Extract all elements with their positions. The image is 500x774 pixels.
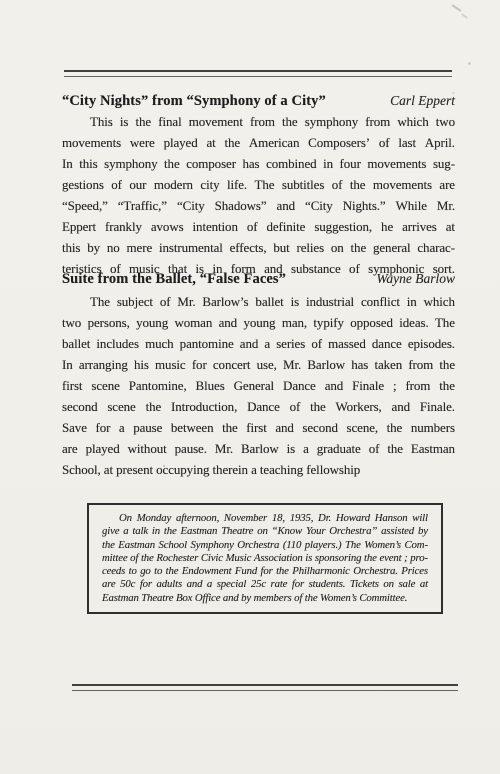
text-line: firstscenePantomine,BluesGeneralDanceand… — [62, 378, 455, 399]
notice-box: OnMondayafternoon,November18,1935,Dr.How… — [87, 503, 443, 614]
text-line: OnMondayafternoon,November18,1935,Dr.How… — [102, 512, 428, 525]
program-page: “City Nights” from “Symphony of a City” … — [0, 0, 500, 774]
double-rule-top — [64, 70, 452, 77]
text-line: ThesubjectofMr.Barlow’sballetisindustria… — [62, 294, 455, 315]
program-note-paragraph: ThesubjectofMr.Barlow’sballetisindustria… — [62, 294, 455, 483]
scan-speckle — [468, 62, 471, 65]
text-line: giveatalkintheEastmanTheatreon“KnowYourO… — [102, 525, 428, 538]
notice-text: OnMondayafternoon,November18,1935,Dr.How… — [102, 512, 428, 605]
text-line: balletincludesmuchpantomineandaseriesofm… — [62, 336, 455, 357]
text-line: theEastmanSchoolSymphonyOrchestra(110pla… — [102, 539, 428, 552]
scan-speckle — [452, 92, 455, 94]
text-line: gestionsofourmoderncitylife.Thesubtitles… — [62, 177, 455, 198]
section-title: “City Nights” from “Symphony of a City” — [62, 93, 326, 110]
text-line: movementswereplayedattheAmericanComposer… — [62, 135, 455, 156]
text-line: twopersons,youngwomanandyoungman,typifyo… — [62, 315, 455, 336]
text-line: Eppertfranklyavowsintentionofdefinitesug… — [62, 219, 455, 240]
text-line: mitteeoftheRochesterCivicMusicAssociatio… — [102, 552, 428, 565]
text-line: School, at present occupying therein a t… — [62, 462, 455, 483]
program-note-paragraph: Thisisthefinalmovementfromthesymphonyfro… — [62, 114, 455, 282]
text-line: areplayedwithoutpause.Mr.Barlowisagradua… — [62, 441, 455, 462]
composer-name: Carl Eppert — [390, 93, 455, 109]
text-line: are50cforadultsandaspecial25crateforstud… — [102, 578, 428, 591]
section-header: “City Nights” from “Symphony of a City” … — [62, 93, 455, 110]
text-line: Thisisthefinalmovementfromthesymphonyfro… — [62, 114, 455, 135]
text-line: Inthissymphonythecomposerhascombinedinfo… — [62, 156, 455, 177]
text-line: “Speed,”“Traffic,”“CityShadows”and“CityN… — [62, 198, 455, 219]
composer-name: Wayne Barlow — [376, 271, 455, 287]
section-header: Suite from the Ballet, “False Faces” Way… — [62, 271, 455, 288]
text-line: secondscenetheIntroduction,DanceoftheWor… — [62, 399, 455, 420]
text-line: Saveforapausebetweenthefirstandsecondsce… — [62, 420, 455, 441]
section-title: Suite from the Ballet, “False Faces” — [62, 271, 286, 288]
text-line: Inarranginghismusicforconcertuse,Mr.Barl… — [62, 357, 455, 378]
text-line: ceedstogototheEndowmentFundforthePhilhar… — [102, 565, 428, 578]
scan-speckle — [163, 465, 165, 467]
scan-speckle — [461, 13, 468, 19]
double-rule-bottom — [72, 684, 458, 691]
text-line: thisbynomereinstrumentaleffects,butrelie… — [62, 240, 455, 261]
scan-speckle — [451, 4, 461, 12]
text-line: Eastman Theatre Box Office and by member… — [102, 592, 428, 605]
